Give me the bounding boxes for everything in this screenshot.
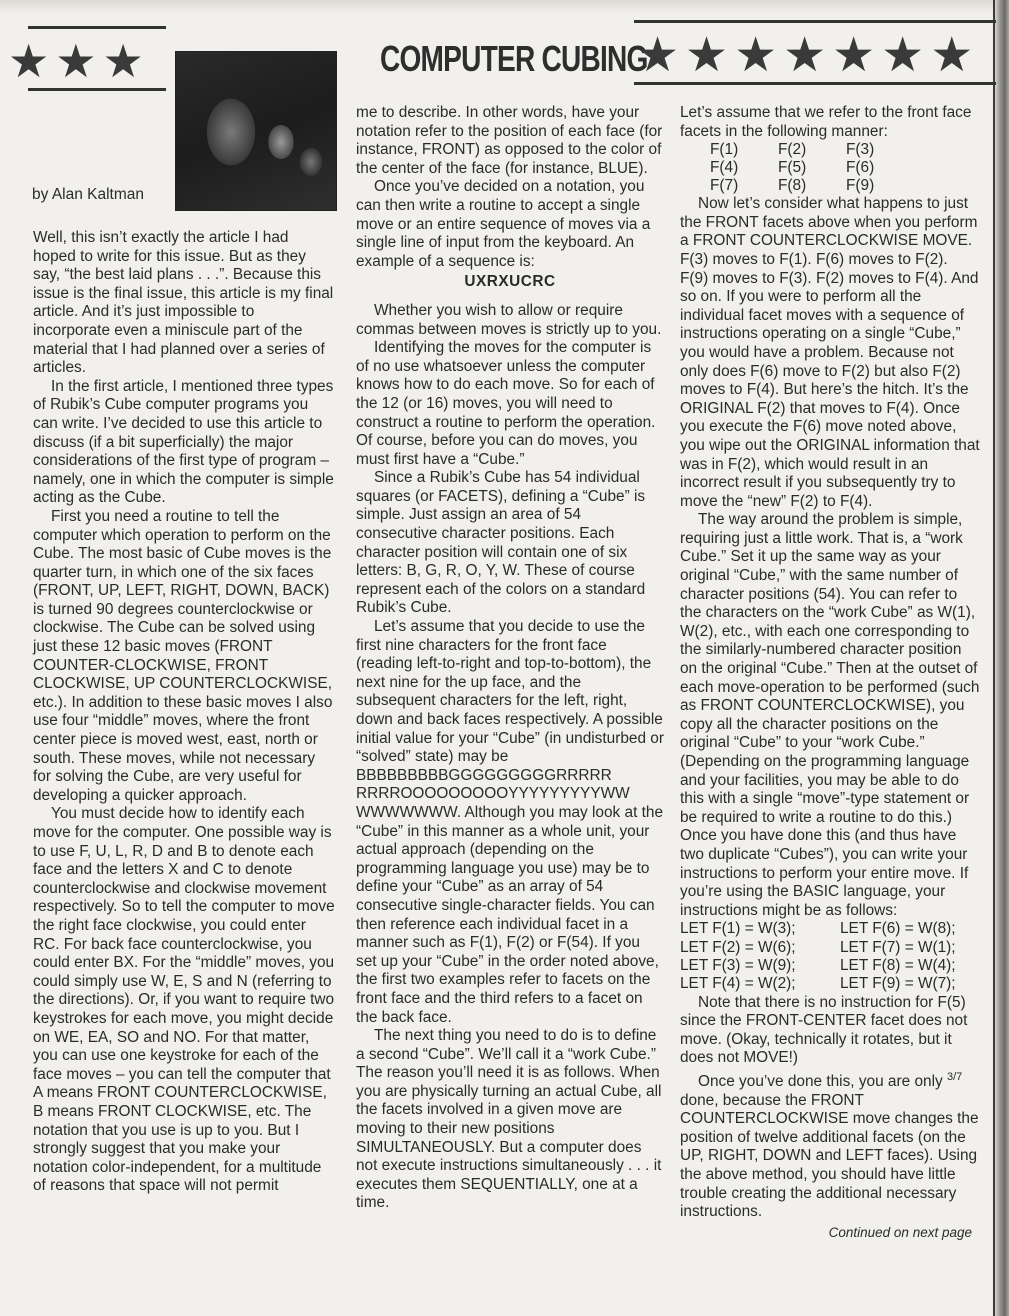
stars-left: ★ ★ ★: [8, 38, 144, 84]
facet-label: F(5): [778, 159, 846, 177]
star-icon: ★: [8, 38, 49, 84]
sequence-example: UXRXUCRC: [356, 273, 664, 292]
header-rule-right-bottom: [634, 82, 996, 85]
code-line: LET F(4) = W(2);: [680, 975, 840, 993]
paragraph: The next thing you need to do is to defi…: [356, 1027, 664, 1213]
article-column-2: me to describe. In other words, have you…: [356, 104, 664, 1213]
star-icon: ★: [881, 31, 924, 79]
paragraph: The way around the problem is simple, re…: [680, 511, 980, 920]
paragraph: Identifying the moves for the computer i…: [356, 339, 664, 469]
facet-label: F(8): [778, 177, 846, 195]
facet-label: F(6): [846, 159, 914, 177]
paragraph: Whether you wish to allow or require com…: [356, 302, 664, 339]
star-icon: ★: [636, 31, 679, 79]
author-photo: [175, 51, 337, 211]
basic-code-listing: LET F(1) = W(3); LET F(6) = W(8); LET F(…: [680, 920, 980, 993]
paragraph: Note that there is no instruction for F(…: [680, 994, 980, 1068]
stars-right: ★ ★ ★ ★ ★ ★ ★: [636, 31, 973, 79]
paragraph: Let’s assume that you decide to use the …: [356, 618, 664, 1027]
page-edge-line: [993, 0, 995, 1316]
paragraph: Let’s assume that we refer to the front …: [680, 104, 980, 141]
star-icon: ★: [930, 31, 973, 79]
paragraph: Once you’ve decided on a notation, you c…: [356, 178, 664, 271]
facet-label: F(1): [710, 141, 778, 159]
facet-label: F(4): [710, 159, 778, 177]
star-icon: ★: [783, 31, 826, 79]
paragraph: First you need a routine to tell the com…: [33, 508, 335, 806]
paragraph: In the first article, I mentioned three …: [33, 378, 335, 508]
article-title: COMPUTER CUBING: [380, 38, 648, 80]
code-line: LET F(3) = W(9);: [680, 957, 840, 975]
header-rule-left-bottom: [28, 88, 166, 91]
code-line: LET F(2) = W(6);: [680, 939, 840, 957]
star-icon: ★: [103, 38, 144, 84]
star-icon: ★: [685, 31, 728, 79]
paragraph-text: done, because the FRONT COUNTERCLOCKWISE…: [680, 1092, 979, 1221]
fraction: 3/7: [947, 1071, 962, 1083]
facet-label: F(7): [710, 177, 778, 195]
star-icon: ★: [734, 31, 777, 79]
paragraph: Now let’s consider what happens to just …: [680, 195, 980, 511]
code-line: LET F(7) = W(1);: [840, 939, 980, 957]
paragraph: Once you’ve done this, you are only 3/7 …: [680, 1068, 980, 1222]
code-line: LET F(8) = W(4);: [840, 957, 980, 975]
star-icon: ★: [55, 38, 96, 84]
header-rule-right-top: [634, 20, 996, 23]
byline: by Alan Kaltman: [32, 186, 144, 204]
article-column-1: Well, this isn’t exactly the article I h…: [33, 229, 335, 1196]
paragraph: You must decide how to identify each mov…: [33, 805, 335, 1195]
facet-grid: F(1) F(2) F(3) F(4) F(5) F(6) F(7) F(8) …: [710, 141, 980, 195]
code-line: LET F(6) = W(8);: [840, 920, 980, 938]
paragraph: Well, this isn’t exactly the article I h…: [33, 229, 335, 378]
article-column-3: Let’s assume that we refer to the front …: [680, 104, 980, 1242]
page-binding-edge: [995, 0, 1009, 1316]
facet-label: F(9): [846, 177, 914, 195]
code-line: LET F(9) = W(7);: [840, 975, 980, 993]
star-icon: ★: [832, 31, 875, 79]
page-top-shadow: [0, 0, 1009, 14]
paragraph: me to describe. In other words, have you…: [356, 104, 664, 178]
paragraph-text: Once you’ve done this, you are only: [698, 1073, 943, 1090]
code-line: LET F(1) = W(3);: [680, 920, 840, 938]
facet-label: F(2): [778, 141, 846, 159]
paragraph: Since a Rubik’s Cube has 54 individual s…: [356, 469, 664, 618]
continued-link: Continued on next page: [680, 1224, 980, 1243]
facet-label: F(3): [846, 141, 914, 159]
header-rule-left-top: [28, 26, 166, 29]
